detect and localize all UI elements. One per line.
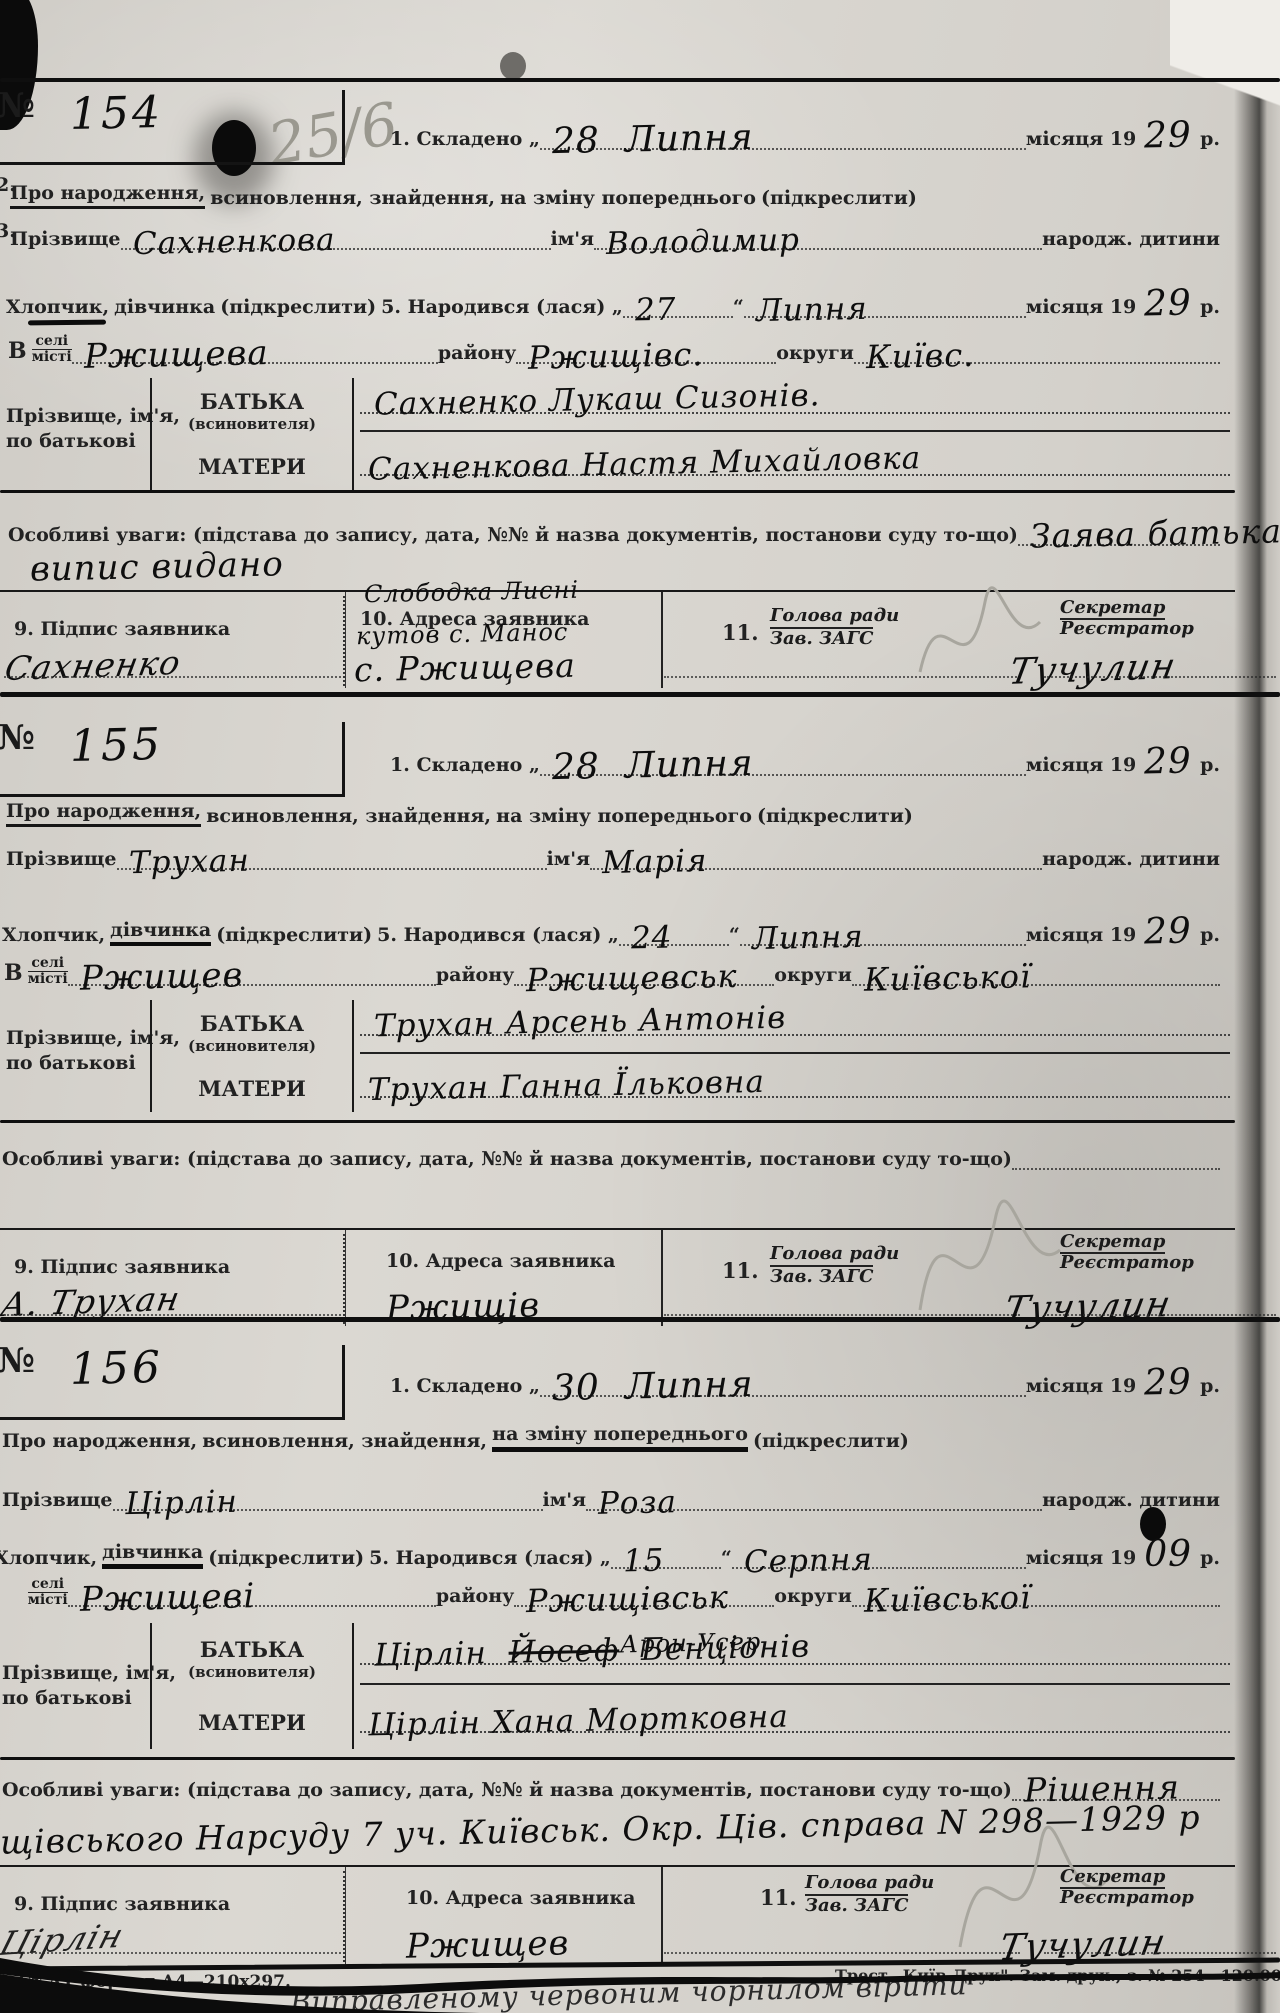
okruga-value: Київс. — [866, 339, 975, 373]
cell-secretary: Секретар Реєстратор Тучулин — [1040, 592, 1280, 688]
surname-row: Прізвище Цірлін ім'я Роза народж. дитини — [2, 1489, 1220, 1511]
head-label-2: Зав. ЗАГС — [770, 1265, 873, 1288]
notes-row: Особливі уваги: (підстава до запису, дат… — [8, 524, 1220, 546]
hand-mark-boy — [28, 320, 106, 326]
underline-hint: (підкреслити) — [216, 924, 372, 946]
composed-label: 1. Складено „ — [390, 128, 540, 150]
born-year: 29 — [1144, 286, 1193, 323]
month-label: місяця 19 — [1026, 754, 1136, 776]
record-number-box: № 155 — [0, 722, 345, 797]
declarant-signature: Сахненко — [2, 646, 183, 685]
father-row: Цірлін Йосеф Бенціонів Арон-Усер — [360, 1663, 1230, 1665]
notes-top-rule — [0, 1120, 1235, 1123]
surname-value: Трухан — [128, 846, 250, 880]
about-hint: (підкреслити) — [753, 1430, 909, 1452]
signature-table: 9. Підпис заявника Сахненко Слободка Лис… — [0, 590, 1235, 688]
born-month19: місяця 19 — [1026, 296, 1136, 318]
secretary-label: Секретар — [1060, 1231, 1165, 1254]
district-value: Ржищевськ — [526, 960, 738, 996]
address-line2: кутов с. Манос — [356, 620, 569, 648]
notes-line1: Заява батька — [1030, 514, 1280, 552]
notes-label: Особливі уваги: (підстава до запису, дат… — [2, 1148, 1012, 1170]
parents-block: Прізвище, ім'я, по батькові БАТЬКА (всин… — [0, 1000, 1230, 1112]
born-month: Липня — [751, 922, 863, 955]
born-year: 29 — [1144, 914, 1193, 951]
father-sublabel: (всиновителя) — [188, 1663, 316, 1681]
record-number-value: 154 — [70, 91, 164, 137]
mother-label: МАТЕРИ — [198, 1076, 306, 1101]
boy-label: Хлопчик, — [0, 1547, 97, 1569]
name-label: ім'я — [543, 1489, 587, 1511]
addr-label: 10. Адреса заявника — [406, 1887, 635, 1909]
born-month19: місяця 19 — [1026, 924, 1136, 946]
record-top-rule — [0, 1317, 1280, 1322]
child-birth-label: народж. дитини — [1042, 848, 1220, 870]
record-number-value: 156 — [70, 1346, 164, 1392]
record-number-value: 155 — [70, 723, 164, 769]
notes-label: Особливі уваги: (підстава до запису, дат… — [8, 524, 1018, 546]
girl-label: дівчинка — [114, 296, 215, 318]
born-label: 5. Народився (лася) „ — [369, 1547, 611, 1569]
child-birth-label: народж. дитини — [1042, 228, 1220, 250]
child-birth-label: народж. дитини — [1042, 1489, 1220, 1511]
record-number-box: № 154 — [0, 90, 345, 165]
notes-top-rule — [0, 490, 1235, 493]
record-number-box: № 156 — [0, 1345, 345, 1420]
father-label: БАТЬКА — [200, 389, 304, 414]
about-mid: всиновлення, знайдення, — [202, 1430, 487, 1452]
composed-row: 1. Складено „ 30 Липня місяця 19 29 р. — [390, 1361, 1220, 1397]
about-mid: всиновлення, знайдення, — [210, 187, 495, 209]
father-row: Трухан Арсень Антонів — [360, 1034, 1230, 1036]
year-suffix: р. — [1200, 754, 1220, 776]
district-label: району — [436, 1585, 514, 1607]
composed-day-month: 30 Липня — [552, 1367, 754, 1407]
month-label: місяця 19 — [1026, 128, 1136, 150]
born-day: 24 — [631, 923, 673, 955]
surname-label: Прізвище — [10, 228, 121, 250]
cell-head: 11. Голова ради Зав. ЗАГС — [660, 592, 1040, 688]
sig-label: 9. Підпис заявника — [14, 1256, 230, 1278]
composed-day-month: 28 Липня — [552, 746, 754, 786]
year-suffix: р. — [1200, 128, 1220, 150]
father-label: БАТЬКА — [200, 1637, 304, 1662]
born-row: Хлопчик, дівчинка (підкреслити) 5. Народ… — [6, 282, 1220, 318]
name-label: ім'я — [547, 848, 591, 870]
village-town-stack: селімісті — [28, 1577, 68, 1607]
record-155: № 155 1. Складено „ 28 Липня місяця 19 2… — [0, 692, 1280, 1317]
address-line3: с. Ржищева — [354, 649, 577, 687]
signature-table: 9. Підпис заявника А. Трухан 10. Адреса … — [0, 1228, 1235, 1326]
head-label-1: Голова ради — [770, 605, 899, 626]
secretary-label: Секретар — [1060, 1866, 1165, 1889]
born-row: Хлопчик, дівчинка (підкреслити) 5. Народ… — [2, 910, 1220, 946]
about-birth: Про народження, — [10, 182, 205, 209]
about-change: на зміну попереднього — [496, 805, 752, 827]
father-sublabel: (всиновителя) — [188, 1037, 316, 1055]
born-month: Липня — [755, 294, 867, 327]
composed-label: 1. Складено „ — [390, 754, 540, 776]
item11-label: 11. — [760, 1885, 797, 1910]
item11-label: 11. — [722, 620, 759, 645]
about-hint: (підкреслити) — [757, 805, 913, 827]
composed-year: 29 — [1144, 118, 1193, 155]
registrar-label: Реєстратор — [1060, 1887, 1194, 1908]
born-year-suffix: р. — [1200, 924, 1220, 946]
father-value: Трухан Арсень Антонів — [374, 1003, 787, 1043]
about-change-underlined: на зміну попереднього — [492, 1423, 748, 1452]
district-label: району — [436, 964, 514, 986]
born-month: Серпня — [743, 1545, 872, 1579]
registrar-label: Реєстратор — [1060, 618, 1194, 639]
registrar-label: Реєстратор — [1060, 1252, 1194, 1273]
secretary-signature: Тучулин — [1006, 649, 1179, 691]
notes-top-rule — [0, 1757, 1235, 1760]
mother-value: Цірлін Хана Мортковна — [368, 1702, 789, 1742]
mother-label: МАТЕРИ — [198, 454, 306, 479]
record-154: № 154 1. Складено „ 28 Липня місяця 19 2… — [0, 78, 1280, 692]
mother-value: Сахненкова Настя Михайловка — [368, 443, 922, 486]
okruga-value: Київської — [864, 961, 1032, 996]
composed-row: 1. Складено „ 28 Липня місяця 19 29 р. — [390, 740, 1220, 776]
village-value: Ржищева — [83, 336, 268, 374]
composed-label: 1. Складено „ — [390, 1375, 540, 1397]
okruga-label: округи — [776, 342, 854, 364]
head-label-2: Зав. ЗАГС — [770, 627, 873, 650]
surname-label: Прізвище — [6, 848, 117, 870]
cell-address: 10. Адреса заявника Ржищів — [345, 1230, 663, 1326]
district-value: Ржищівськ — [526, 1581, 729, 1617]
district-value: Ржищівс. — [528, 339, 704, 375]
cell-secretary: Секретар Реєстратор Тучулин — [1040, 1230, 1280, 1326]
no-sign: № — [0, 1341, 35, 1381]
about-row: Про народження, всиновлення, знайдення, … — [6, 800, 913, 827]
mother-row: Трухан Ганна Їльковна — [360, 1096, 1230, 1098]
no-sign: № — [0, 718, 35, 758]
parent-labels-col: БАТЬКА (всиновителя) МАТЕРИ — [150, 1623, 354, 1749]
okruga-value: Київської — [864, 1582, 1032, 1617]
cell-signature: 9. Підпис заявника Сахненко — [0, 592, 345, 688]
name-value: Марія — [602, 846, 708, 879]
father-sublabel: (всиновителя) — [188, 415, 316, 433]
underline-hint: (підкреслити) — [208, 1547, 364, 1569]
father-name-struck: Йосеф — [508, 1632, 619, 1670]
born-day: 27 — [635, 295, 677, 327]
surname-value: Цірлін — [124, 1487, 237, 1520]
about-hint: (підкреслити) — [761, 187, 917, 209]
underline-hint: (підкреслити) — [220, 296, 376, 318]
about-change: на зміну попереднього — [500, 187, 756, 209]
parents-block: Прізвище, ім'я, по батькові БАТЬКА (всин… — [0, 378, 1230, 490]
okruga-label: округи — [774, 964, 852, 986]
in-label: В — [8, 338, 27, 364]
born-year: 09 — [1144, 1534, 1192, 1575]
about-row: Про народження, всиновлення, знайдення, … — [2, 1423, 909, 1452]
composed-year: 29 — [1144, 744, 1193, 781]
secretary-label: Секретар — [1060, 597, 1165, 620]
mother-value: Трухан Ганна Їльковна — [368, 1067, 765, 1106]
address-line1: Слободка Лисні — [364, 578, 580, 606]
surname-label: Прізвище — [2, 1489, 113, 1511]
boy-label: Хлопчик, — [6, 296, 109, 318]
father-row: Сахненко Лукаш Сизонів. — [360, 412, 1230, 414]
father-label: БАТЬКА — [200, 1011, 304, 1036]
notes-row: Особливі уваги: (підстава до запису, дат… — [2, 1148, 1220, 1170]
place-row: В селімісті Ржищеві району Ржищівськ окр… — [4, 1577, 1220, 1607]
village-town-stack: селімісті — [28, 956, 68, 986]
about-birth: Про народження, — [2, 1430, 197, 1452]
girl-label-underlined: дівчинка — [110, 919, 211, 946]
record-156: № 156 1. Складено „ 30 Липня місяця 19 2… — [0, 1317, 1280, 1962]
parents-block: Прізвище, ім'я, по батькові БАТЬКА (всин… — [0, 1623, 1230, 1749]
month-label: місяця 19 — [1026, 1375, 1136, 1397]
father-mother-divider — [360, 1683, 1230, 1685]
girl-label-underlined: дівчинка — [102, 1541, 203, 1569]
record-top-rule — [0, 78, 1280, 82]
parent-labels-col: БАТЬКА (всиновителя) МАТЕРИ — [150, 1000, 354, 1112]
place-row: В селімісті Ржищев району Ржищевськ окру… — [4, 956, 1220, 986]
cell-address: Слободка Лисні 10. Адреса заявника кутов… — [345, 592, 663, 688]
scanned-birth-register-page: 25/6 № 154 1. Складено „ 28 Липня місяця… — [0, 0, 1280, 2013]
head-label-2: Зав. ЗАГС — [805, 1894, 908, 1917]
born-label: 5. Народився (лася) „ — [381, 296, 623, 318]
father-name-corrected: Арон-Усер — [620, 1630, 762, 1657]
sig-label: 9. Підпис заявника — [14, 618, 230, 640]
about-birth: Про народження, — [6, 800, 201, 827]
ink-dot — [500, 52, 526, 80]
born-row: Хлопчик, дівчинка (підкреслити) 5. Народ… — [0, 1533, 1220, 1569]
year-suffix: р. — [1200, 1375, 1220, 1397]
notes-label: Особливі уваги: (підстава до запису, дат… — [2, 1779, 1012, 1801]
mother-row: Сахненкова Настя Михайловка — [360, 474, 1230, 476]
father-mother-divider — [360, 1052, 1230, 1054]
notes-line2: випис видано — [30, 547, 284, 586]
born-year-suffix: р. — [1200, 296, 1220, 318]
father-mother-divider — [360, 430, 1230, 432]
name-value: Володимир — [606, 225, 801, 260]
mother-row: Цірлін Хана Мортковна — [360, 1731, 1230, 1733]
no-sign: № — [0, 86, 35, 126]
about-mid: всиновлення, знайдення, — [206, 805, 491, 827]
father-value: Сахненко Лукаш Сизонів. — [374, 380, 821, 420]
born-day: 15 — [623, 1546, 665, 1578]
addr-label: 10. Адреса заявника — [386, 1250, 615, 1272]
place-row: В селімісті Ржищева району Ржищівс. окру… — [8, 334, 1220, 364]
composed-row: 1. Складено „ 28 Липня місяця 19 29 р. — [390, 114, 1220, 150]
village-value: Ржищеві — [79, 1580, 255, 1618]
item11-label: 11. — [722, 1258, 759, 1283]
surname-row: Прізвище Трухан ім'я Марія народж. дитин… — [6, 848, 1220, 870]
cell-signature: 9. Підпис заявника А. Трухан — [0, 1230, 345, 1326]
name-value: Роза — [598, 1487, 678, 1520]
born-month19: місяця 19 — [1026, 1547, 1136, 1569]
cell-head: 11. Голова ради Зав. ЗАГС — [660, 1230, 1040, 1326]
village-value: Ржищев — [79, 959, 243, 996]
surname-row: Прізвище Сахненкова ім'я Володимир народ… — [10, 228, 1220, 250]
scan-bottom-wave — [0, 1940, 1280, 2013]
in-label: В — [4, 960, 23, 986]
born-label: 5. Народився (лася) „ — [377, 924, 619, 946]
composed-day-month: 28 Липня — [552, 120, 754, 160]
head-label-1: Голова ради — [770, 1243, 899, 1264]
born-year-suffix: р. — [1200, 1547, 1220, 1569]
head-label-1: Голова ради — [805, 1872, 934, 1893]
district-label: району — [438, 342, 516, 364]
name-label: ім'я — [551, 228, 595, 250]
about-row: Про народження, всиновлення, знайдення, … — [10, 182, 917, 209]
village-town-stack: селімісті — [32, 334, 72, 364]
surname-value: Сахненкова — [132, 225, 335, 260]
parent-labels-col: БАТЬКА (всиновителя) МАТЕРИ — [150, 378, 354, 490]
sig-label: 9. Підпис заявника — [14, 1893, 230, 1915]
mother-label: МАТЕРИ — [198, 1710, 306, 1735]
composed-year: 29 — [1144, 1365, 1193, 1402]
boy-label: Хлопчик, — [2, 924, 105, 946]
record-top-rule — [0, 692, 1280, 697]
okruga-label: округи — [774, 1585, 852, 1607]
